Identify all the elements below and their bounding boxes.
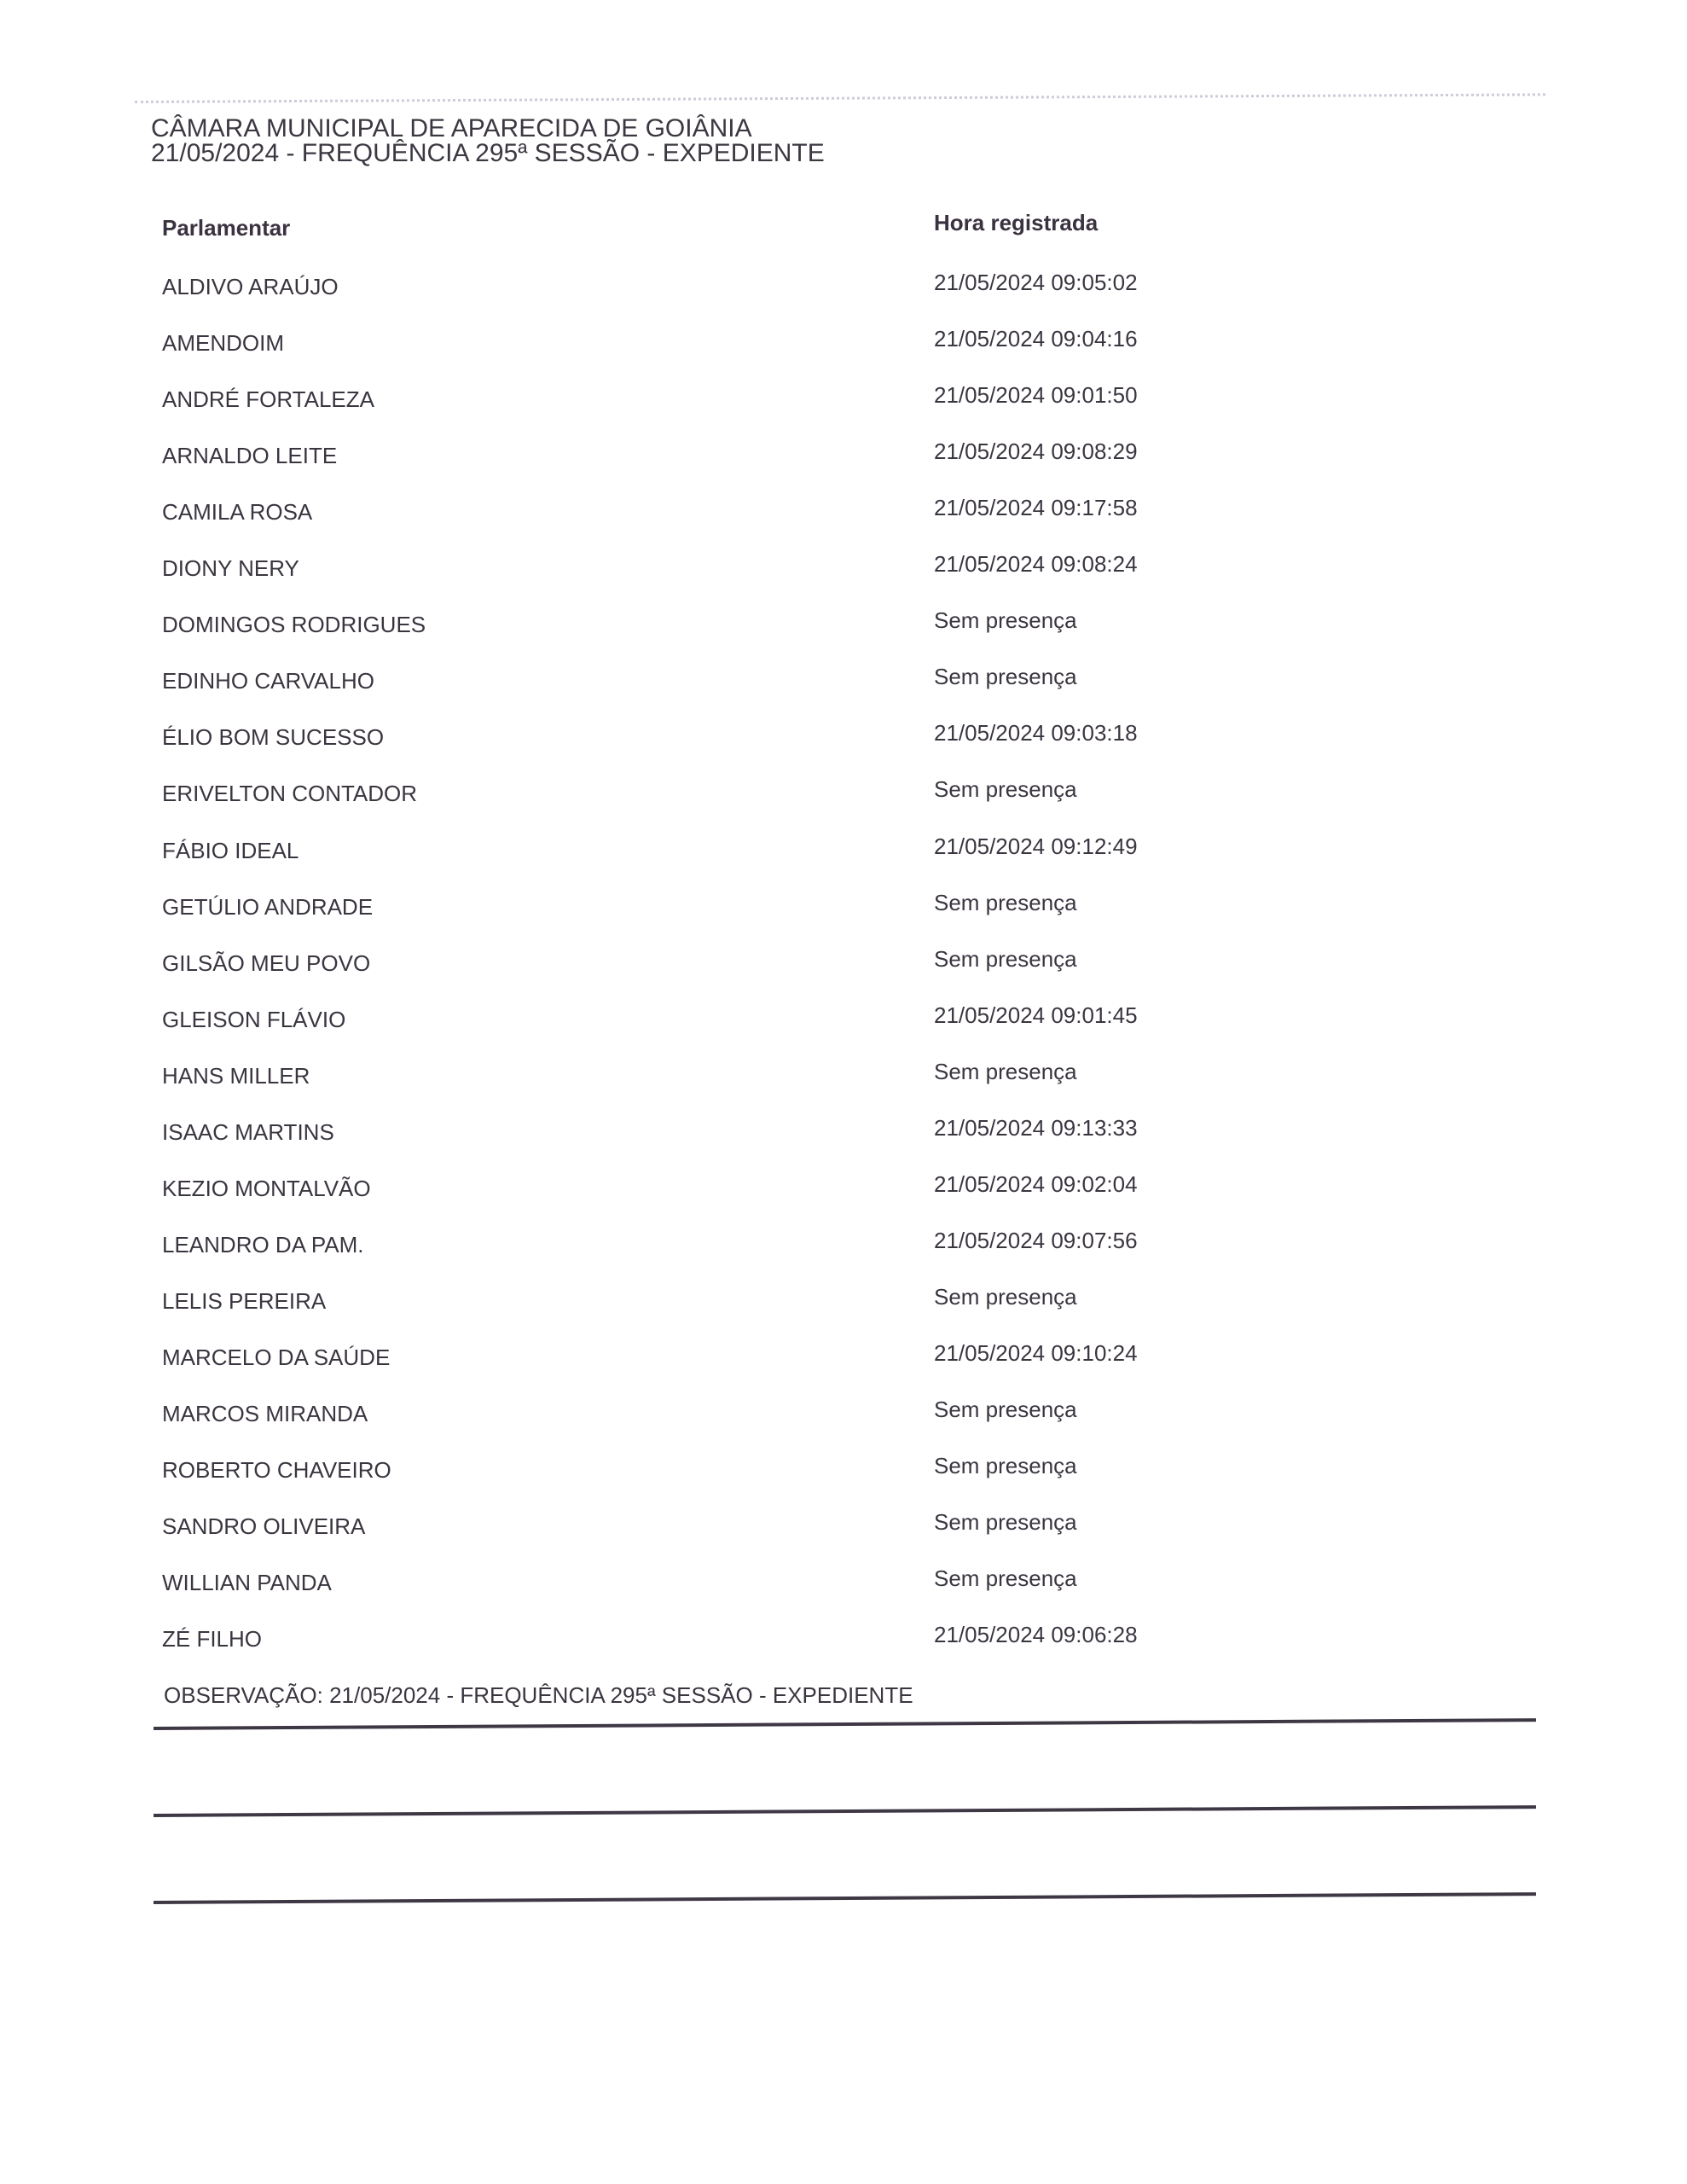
parlamentar-name: ALDIVO ARAÚJO bbox=[162, 273, 339, 300]
top-divider bbox=[135, 93, 1545, 103]
registered-time: Sem presença bbox=[934, 1565, 1077, 1592]
registered-time: Sem presença bbox=[934, 607, 1077, 634]
table-row: KEZIO MONTALVÃO21/05/2024 09:02:04 bbox=[0, 1175, 1687, 1209]
parlamentar-name: ISAAC MARTINS bbox=[162, 1118, 334, 1146]
registered-time: Sem presença bbox=[934, 1396, 1077, 1423]
parlamentar-name: GILSÃO MEU POVO bbox=[162, 950, 370, 977]
table-row: EDINHO CARVALHOSem presença bbox=[0, 667, 1687, 701]
parlamentar-name: MARCOS MIRANDA bbox=[162, 1400, 368, 1427]
parlamentar-name: ZÉ FILHO bbox=[162, 1625, 262, 1653]
parlamentar-name: ANDRÉ FORTALEZA bbox=[162, 386, 374, 413]
column-header-parlamentar: Parlamentar bbox=[162, 215, 290, 241]
session-title: 21/05/2024 - FREQUÊNCIA 295ª SESSÃO - EX… bbox=[151, 141, 825, 166]
table-row: HANS MILLERSem presença bbox=[0, 1062, 1687, 1096]
registered-time: 21/05/2024 09:08:24 bbox=[934, 550, 1138, 578]
parlamentar-name: ERIVELTON CONTADOR bbox=[162, 780, 417, 807]
parlamentar-name: ARNALDO LEITE bbox=[162, 442, 337, 469]
parlamentar-name: KEZIO MONTALVÃO bbox=[162, 1175, 371, 1202]
table-row: WILLIAN PANDASem presença bbox=[0, 1569, 1687, 1603]
registered-time: Sem presença bbox=[934, 1452, 1077, 1479]
document-header: CÂMARA MUNICIPAL DE APARECIDA DE GOIÂNIA… bbox=[151, 116, 825, 166]
table-row: ZÉ FILHO21/05/2024 09:06:28 bbox=[0, 1625, 1687, 1659]
registered-time: 21/05/2024 09:13:33 bbox=[934, 1114, 1138, 1141]
registered-time: Sem presença bbox=[934, 945, 1077, 973]
parlamentar-name: CAMILA ROSA bbox=[162, 498, 312, 526]
observation-line-3 bbox=[154, 1892, 1536, 1904]
table-row: MARCOS MIRANDASem presença bbox=[0, 1400, 1687, 1434]
parlamentar-name: LEANDRO DA PAM. bbox=[162, 1231, 363, 1258]
parlamentar-name: ÉLIO BOM SUCESSO bbox=[162, 723, 384, 751]
registered-time: 21/05/2024 09:12:49 bbox=[934, 833, 1138, 860]
registered-time: 21/05/2024 09:03:18 bbox=[934, 719, 1138, 746]
table-row: ALDIVO ARAÚJO21/05/2024 09:05:02 bbox=[0, 273, 1687, 307]
table-row: MARCELO DA SAÚDE21/05/2024 09:10:24 bbox=[0, 1344, 1687, 1378]
table-row: DIONY NERY21/05/2024 09:08:24 bbox=[0, 555, 1687, 589]
registered-time: Sem presença bbox=[934, 663, 1077, 690]
table-row: ISAAC MARTINS21/05/2024 09:13:33 bbox=[0, 1118, 1687, 1153]
table-row: GILSÃO MEU POVOSem presença bbox=[0, 950, 1687, 984]
table-row: LEANDRO DA PAM.21/05/2024 09:07:56 bbox=[0, 1231, 1687, 1265]
parlamentar-name: DOMINGOS RODRIGUES bbox=[162, 611, 426, 638]
registered-time: 21/05/2024 09:17:58 bbox=[934, 494, 1138, 521]
parlamentar-name: MARCELO DA SAÚDE bbox=[162, 1344, 390, 1371]
parlamentar-name: ROBERTO CHAVEIRO bbox=[162, 1456, 391, 1484]
table-row: ÉLIO BOM SUCESSO21/05/2024 09:03:18 bbox=[0, 723, 1687, 758]
registered-time: Sem presença bbox=[934, 1283, 1077, 1310]
registered-time: 21/05/2024 09:01:45 bbox=[934, 1002, 1138, 1029]
registered-time: 21/05/2024 09:07:56 bbox=[934, 1227, 1138, 1254]
registered-time: 21/05/2024 09:04:16 bbox=[934, 325, 1138, 352]
table-row: AMENDOIM21/05/2024 09:04:16 bbox=[0, 329, 1687, 363]
table-row: GLEISON FLÁVIO21/05/2024 09:01:45 bbox=[0, 1006, 1687, 1040]
parlamentar-name: EDINHO CARVALHO bbox=[162, 667, 374, 694]
parlamentar-name: GETÚLIO ANDRADE bbox=[162, 893, 373, 921]
registered-time: Sem presença bbox=[934, 889, 1077, 916]
table-row: CAMILA ROSA21/05/2024 09:17:58 bbox=[0, 498, 1687, 532]
registered-time: Sem presença bbox=[934, 775, 1077, 803]
table-row: FÁBIO IDEAL21/05/2024 09:12:49 bbox=[0, 837, 1687, 871]
parlamentar-name: FÁBIO IDEAL bbox=[162, 837, 299, 864]
parlamentar-name: HANS MILLER bbox=[162, 1062, 310, 1089]
table-row: DOMINGOS RODRIGUESSem presença bbox=[0, 611, 1687, 645]
observation-text: OBSERVAÇÃO: 21/05/2024 - FREQUÊNCIA 295ª… bbox=[164, 1682, 913, 1709]
registered-time: 21/05/2024 09:10:24 bbox=[934, 1339, 1138, 1367]
table-row: ERIVELTON CONTADORSem presença bbox=[0, 780, 1687, 814]
registered-time: 21/05/2024 09:06:28 bbox=[934, 1621, 1138, 1648]
registered-time: Sem presença bbox=[934, 1058, 1077, 1085]
observation-line-1 bbox=[154, 1718, 1536, 1730]
parlamentar-name: GLEISON FLÁVIO bbox=[162, 1006, 345, 1033]
parlamentar-name: WILLIAN PANDA bbox=[162, 1569, 332, 1596]
parlamentar-name: DIONY NERY bbox=[162, 555, 299, 582]
table-row: LELIS PEREIRASem presença bbox=[0, 1287, 1687, 1321]
table-row: ARNALDO LEITE21/05/2024 09:08:29 bbox=[0, 442, 1687, 476]
registered-time: 21/05/2024 09:05:02 bbox=[934, 269, 1138, 296]
observation-line-2 bbox=[154, 1805, 1536, 1817]
column-header-hora-registrada: Hora registrada bbox=[934, 210, 1098, 236]
table-row: ROBERTO CHAVEIROSem presença bbox=[0, 1456, 1687, 1490]
institution-name: CÂMARA MUNICIPAL DE APARECIDA DE GOIÂNIA bbox=[151, 116, 825, 141]
parlamentar-name: LELIS PEREIRA bbox=[162, 1287, 326, 1315]
registered-time: Sem presença bbox=[934, 1508, 1077, 1536]
parlamentar-name: SANDRO OLIVEIRA bbox=[162, 1513, 365, 1540]
table-row: GETÚLIO ANDRADESem presença bbox=[0, 893, 1687, 927]
registered-time: 21/05/2024 09:08:29 bbox=[934, 438, 1138, 465]
parlamentar-name: AMENDOIM bbox=[162, 329, 284, 357]
registered-time: 21/05/2024 09:02:04 bbox=[934, 1170, 1138, 1198]
registered-time: 21/05/2024 09:01:50 bbox=[934, 381, 1138, 409]
table-row: SANDRO OLIVEIRASem presença bbox=[0, 1513, 1687, 1547]
table-row: ANDRÉ FORTALEZA21/05/2024 09:01:50 bbox=[0, 386, 1687, 420]
